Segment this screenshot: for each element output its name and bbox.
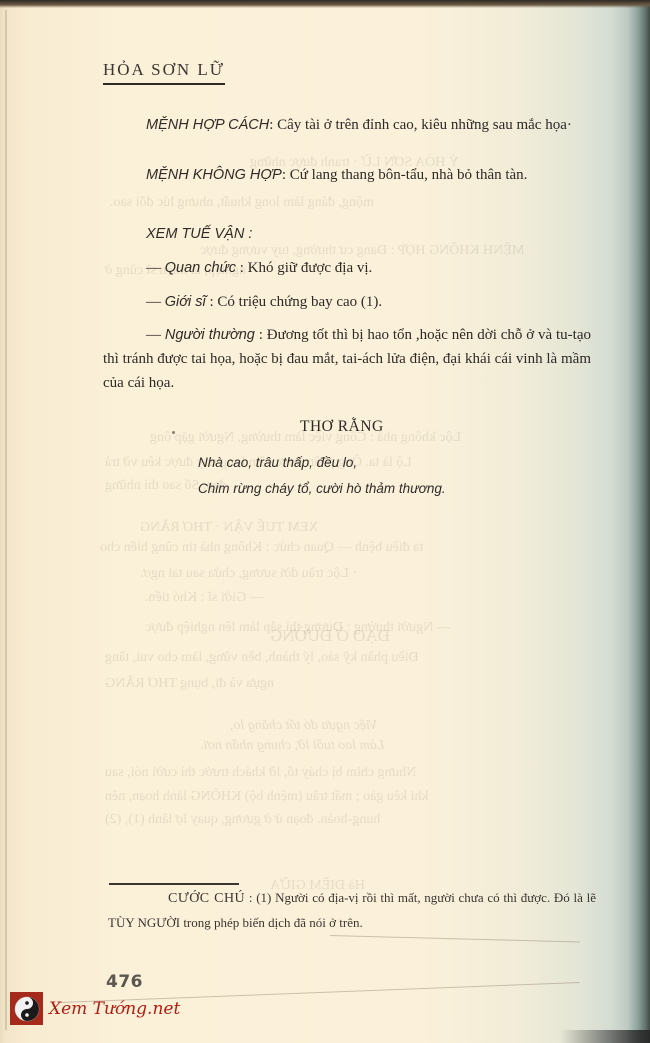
entry-text: : Cây tài ở trên đỉnh cao, kiêu những sa… (269, 117, 572, 133)
entry-menh-khong-hop: MỆNH KHÔNG HỢP: Cứ lang thang bôn-tẩu, n… (103, 163, 591, 187)
tue-van-label: Quan chức (165, 260, 236, 276)
footnote-rule (109, 883, 239, 885)
footnote-label: CƯỚC CHÚ (168, 891, 245, 906)
poem-title: THƠ RẰNG (300, 418, 384, 436)
tue-van-label: Người thường (165, 327, 255, 343)
page-bottom-edge (560, 1030, 650, 1043)
yin-yang-icon (10, 992, 43, 1025)
show-through-heading: ĐẠO Ở ĐƯỜNG (270, 626, 390, 646)
entry-menh-hop-cach: MỆNH HỢP CÁCH: Cây tài ở trên đỉnh cao, … (103, 113, 591, 137)
entry-text: : Cứ lang thang bôn-tẩu, nhà bỏ thân tàn… (282, 167, 528, 183)
page-fold-line (5, 10, 7, 1030)
ink-speck (172, 431, 175, 434)
show-through-text: Việc ngựa đó tốt chăng lo, (230, 718, 377, 734)
show-through-text: khi kêu gào ; mất trâu (mệnh bộ) KHÔNG l… (105, 789, 428, 805)
paper-crack (330, 935, 580, 943)
dash: — (146, 294, 165, 310)
page-top-edge (0, 0, 650, 8)
dash: — (146, 327, 165, 343)
running-head: HỎA SƠN LỮ (103, 60, 225, 85)
watermark-text: Xem Tướng.net (49, 999, 180, 1019)
poem-line-2: Chim rừng cháy tổ, cười hò thảm thương. (198, 481, 446, 496)
show-through-text: ngựa và đi, bụng THƠ RẰNG (105, 676, 274, 692)
section-heading-xem-tue-van: XEM TUẾ VẬN : (103, 222, 591, 246)
show-through-text: hung-hoàn. đoạn ứ ở gương, quay lợ lãnh … (105, 812, 380, 828)
show-through-text: · Lộc trầu đời sương, chứa sau tai ngơ. (140, 566, 357, 582)
poem-line-1: Nhà cao, trâu thấp, đều lo, (198, 455, 357, 470)
show-through-text: Điều phần kỹ sảo, lý thành, bền vững, là… (105, 650, 419, 666)
show-through-text: XEM TUẾ VẬN · THƠ RẰNG (140, 520, 319, 536)
scanned-page: Ý HỎA SƠN LỮ · tranh được những mộng, đá… (0, 0, 650, 1043)
show-through-text: Nhưng chim bị cháy tổ, lỡ khách trước th… (105, 765, 416, 781)
page-number: 476 (106, 972, 143, 992)
tue-van-text: : Có triệu chứng bay cao (1). (206, 294, 382, 310)
show-through-text: ta điều bệnh — Quan chức : Không nhà tin… (100, 540, 423, 556)
show-through-text: Làm lao tuổi lỡ, chung nhấn nơi. (200, 738, 385, 754)
tue-van-quan-chuc: — Quan chức : Khó giữ được địa vị. (103, 256, 591, 280)
tue-van-text: : Khó giữ được địa vị. (236, 260, 372, 276)
footnote: CƯỚC CHÚ : (1) Người có địa-vị rồi thì m… (108, 886, 596, 935)
dash: — (146, 260, 165, 276)
tue-van-nguoi-thuong: — Người thường : Đương tốt thì bị hao tổ… (103, 323, 591, 395)
tue-van-gioi-si: — Giới sĩ : Có triệu chứng bay cao (1). (103, 290, 591, 314)
tue-van-label: Giới sĩ (165, 294, 206, 310)
section-heading-text: XEM TUẾ VẬN : (146, 226, 252, 242)
entry-label: MỆNH KHÔNG HỢP (146, 167, 282, 183)
show-through-text: mộng, đáng làm long khuất, nhưng lúc đổi… (110, 195, 374, 211)
watermark: Xem Tướng.net (10, 992, 180, 1025)
show-through-text: — Giới sĩ : Khó tiến. (145, 590, 264, 606)
entry-label: MỆNH HỢP CÁCH (146, 117, 269, 133)
footnote-body: CƯỚC CHÚ : (1) Người có địa-vị rồi thì m… (108, 886, 596, 935)
